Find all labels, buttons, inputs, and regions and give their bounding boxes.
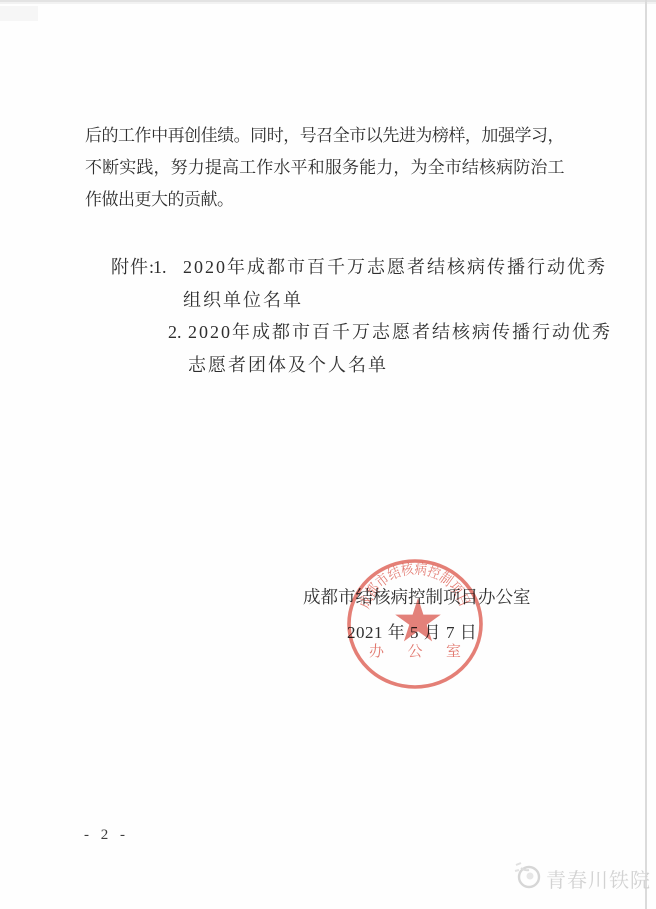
watermark-logo-icon xyxy=(511,858,545,892)
body-paragraph-line: 后的工作中再创佳绩。同时，号召全市以先进为榜样，加强学习， xyxy=(85,120,564,152)
seal-bottom-text: 办公室 xyxy=(369,643,461,660)
signature-org: 成都市结核病控制项目办公室 xyxy=(303,584,531,609)
page-top-edge-shadow xyxy=(0,2,656,4)
watermark-text: 青春川铁院 xyxy=(546,864,651,893)
attachment-item-text: 志愿者团体及个人名单 xyxy=(188,355,388,375)
attachment-item-number: 1. xyxy=(153,257,167,277)
attachment-item-number: 2. xyxy=(168,322,182,342)
attachment-item-text: 2020年成都市百千万志愿者结核病传播行动优秀 xyxy=(188,322,612,342)
attachment-item-text: 组织单位名单 xyxy=(183,290,303,310)
page-right-edge xyxy=(645,0,647,909)
signature-date: 2021 年 5 月 7 日 xyxy=(347,618,477,643)
page-number: - 2 - xyxy=(84,827,129,844)
attachment-item-text: 2020年成都市百千万志愿者结核病传播行动优秀 xyxy=(183,257,607,277)
attachment-label: 附件: xyxy=(111,257,155,277)
page-topleft-artifact xyxy=(0,6,38,21)
body-paragraph-line: 不断实践，努力提高工作水平和服务能力，为全市结核病防治工 xyxy=(85,152,564,184)
body-paragraph-line: 作做出更大的贡献。 xyxy=(85,184,564,216)
